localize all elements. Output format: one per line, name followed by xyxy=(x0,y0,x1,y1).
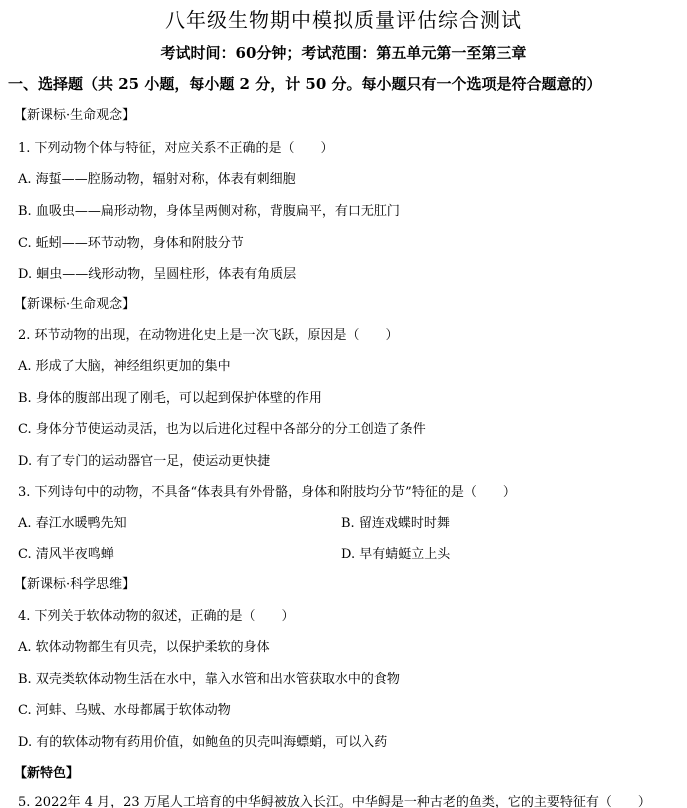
question-stem: 1. 下列动物个体与特征，对应关系不正确的是（ ） xyxy=(18,137,334,156)
option-a[interactable]: A. 形成了大脑，神经组织更加的集中 xyxy=(18,355,231,374)
option-d[interactable]: D. 蛔虫——线形动物，呈圆柱形，体表有角质层 xyxy=(18,263,296,282)
option-b[interactable]: B. 身体的腹部出现了刚毛，可以起到保护体壁的作用 xyxy=(18,387,322,406)
option-b[interactable]: B. 留连戏蝶时时舞 xyxy=(341,512,450,531)
question-tag: 【新课标·科学思维】 xyxy=(14,573,135,592)
exam-title: 八年级生物期中模拟质量评估综合测试 xyxy=(0,4,687,33)
option-a[interactable]: A. 软体动物都生有贝壳，以保护柔软的身体 xyxy=(18,636,270,655)
option-c[interactable]: C. 身体分节使运动灵活，也为以后进化过程中各部分的分工创造了条件 xyxy=(18,418,426,437)
question-tag: 【新课标·生命观念】 xyxy=(14,104,135,123)
question-stem: 2. 环节动物的出现，在动物进化史上是一次飞跃，原因是（ ） xyxy=(18,324,399,343)
option-b[interactable]: B. 血吸虫——扁形动物，身体呈两侧对称，背腹扁平，有口无肛门 xyxy=(18,200,400,219)
option-c[interactable]: C. 清风半夜鸣蝉 xyxy=(18,543,114,562)
question-stem: 4. 下列关于软体动物的叙述，正确的是（ ） xyxy=(18,605,295,624)
question-stem: 5. 2022年 4 月，23 万尾人工培育的中华鲟被放入长江。中华鲟是一种古老… xyxy=(18,791,651,808)
section-heading: 一、选择题（共 25 小题，每小题 2 分，计 50 分。每小题只有一个选项是符… xyxy=(8,73,602,94)
question-stem: 3. 下列诗句中的动物，不具备“体表具有外骨骼，身体和附肢均分节”特征的是（ ） xyxy=(18,481,516,500)
option-a[interactable]: A. 海蜇——腔肠动物，辐射对称，体表有刺细胞 xyxy=(18,168,296,187)
question-tag: 【新课标·生命观念】 xyxy=(14,293,135,312)
question-tag: 【新特色】 xyxy=(14,762,79,781)
exam-subtitle: 考试时间：60分钟；考试范围：第五单元第一至第三章 xyxy=(0,42,687,63)
option-d[interactable]: D. 有了专门的运动器官一足，使运动更快捷 xyxy=(18,450,270,469)
option-d[interactable]: D. 有的软体动物有药用价值，如鲍鱼的贝壳叫海螵蛸，可以入药 xyxy=(18,731,387,750)
option-c[interactable]: C. 河蚌、乌贼、水母都属于软体动物 xyxy=(18,699,231,718)
option-c[interactable]: C. 蚯蚓——环节动物，身体和附肢分节 xyxy=(18,232,244,251)
option-a[interactable]: A. 春江水暖鸭先知 xyxy=(18,512,127,531)
option-b[interactable]: B. 双壳类软体动物生活在水中，靠入水管和出水管获取水中的食物 xyxy=(18,668,400,687)
option-d[interactable]: D. 早有蜻蜓立上头 xyxy=(341,543,450,562)
